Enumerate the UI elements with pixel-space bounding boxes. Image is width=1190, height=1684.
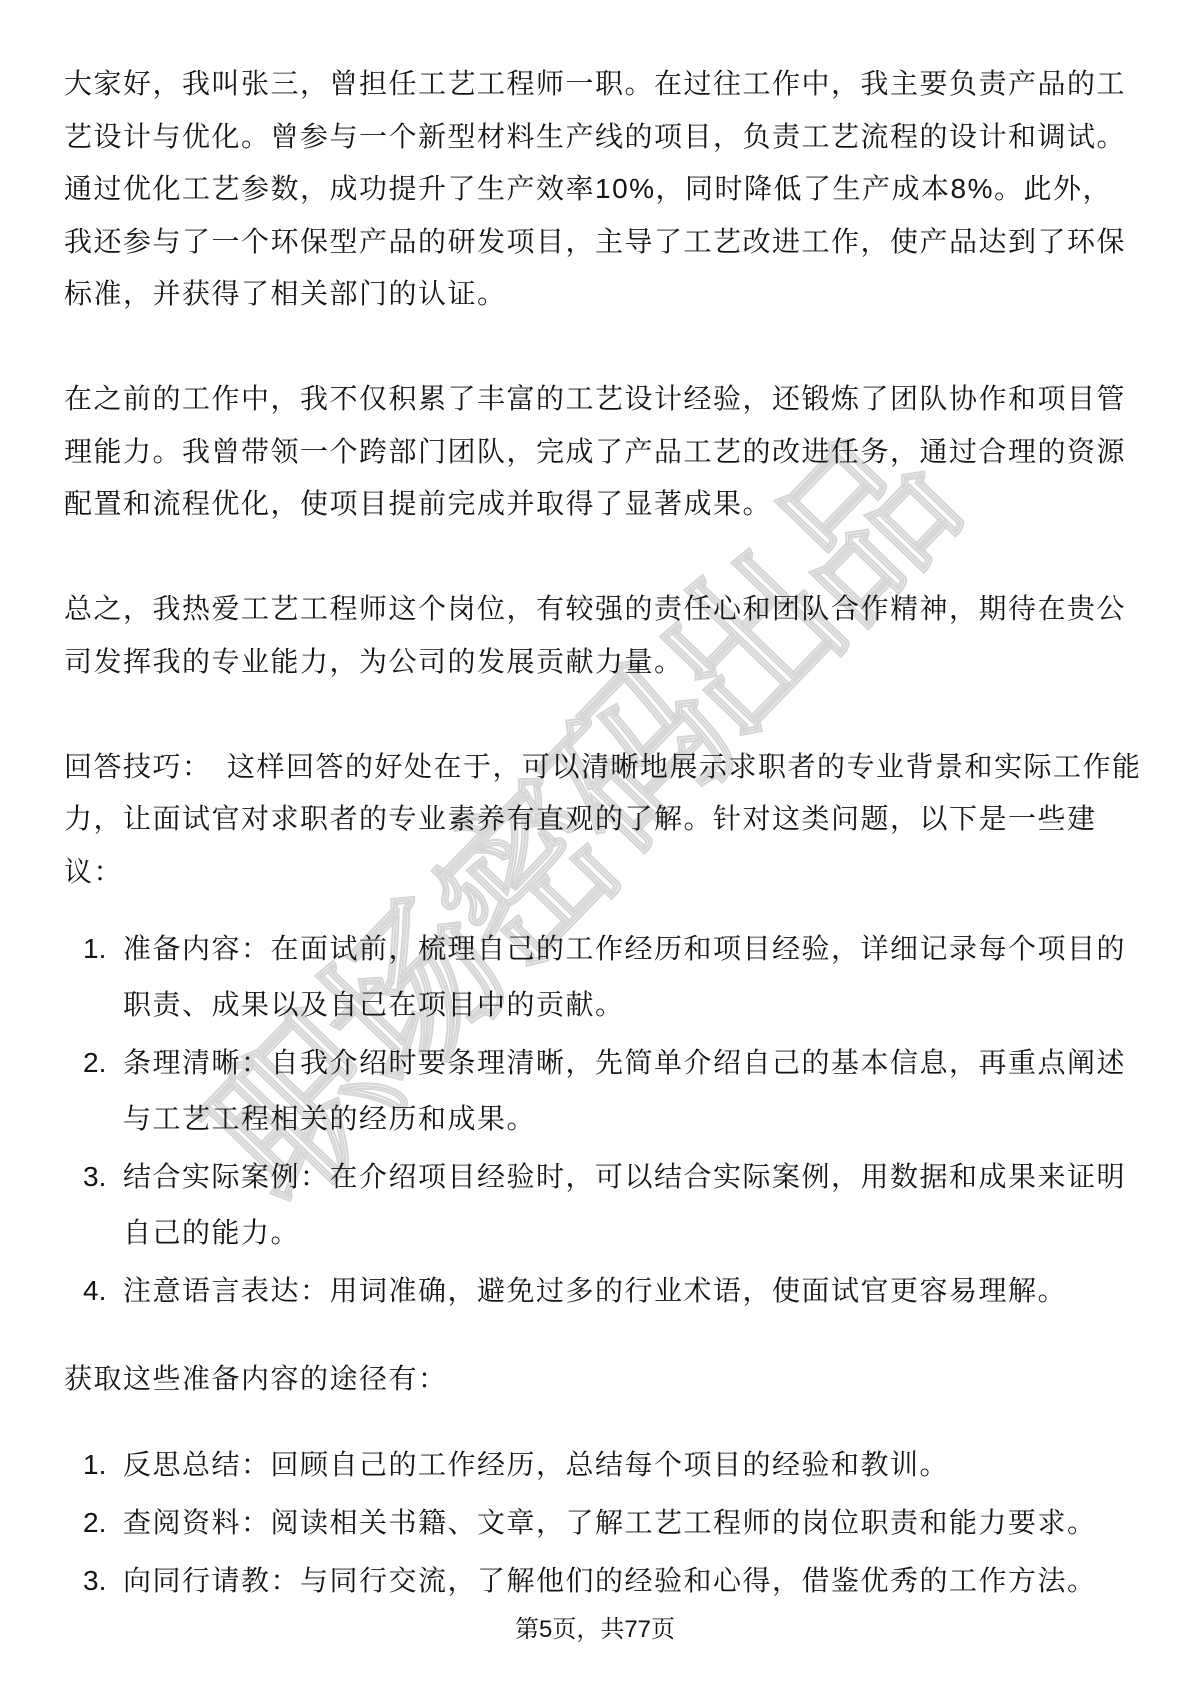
text-line: 职责、成果以及自己在项目中的贡献。 (123, 977, 1134, 1033)
list-item: 1.准备内容：在面试前，梳理自己的工作经历和项目经验，详细记录每个项目的职责、成… (64, 921, 1134, 1033)
paragraph: 获取这些准备内容的途径有： (64, 1353, 1134, 1406)
paragraph: 大家好，我叫张三，曾担任工艺工程师一职。在过往工作中，我主要负责产品的工艺设计与… (64, 58, 1134, 321)
list-item-number: 1. (83, 921, 106, 977)
text-line: 议： (64, 846, 1134, 899)
text-line: 总之，我热爱工艺工程师这个岗位，有较强的责任心和团队合作精神，期待在贵公 (64, 583, 1134, 636)
text-line: 标准，并获得了相关部门的认证。 (64, 268, 1134, 321)
text-line: 配置和流程优化，使项目提前完成并取得了显著成果。 (64, 478, 1134, 531)
text-line: 通过优化工艺参数，成功提升了生产效率10%，同时降低了生产成本8%。此外， (64, 163, 1134, 216)
text-line: 在之前的工作中，我不仅积累了丰富的工艺设计经验，还锻炼了团队协作和项目管 (64, 373, 1134, 426)
text-line: 反思总结：回顾自己的工作经历，总结每个项目的经验和教训。 (123, 1437, 1134, 1493)
text-line: 查阅资料：阅读相关书籍、文章，了解工艺工程师的岗位职责和能力要求。 (123, 1495, 1134, 1551)
list-item-number: 1. (83, 1437, 106, 1493)
text-line: 大家好，我叫张三，曾担任工艺工程师一职。在过往工作中，我主要负责产品的工 (64, 58, 1134, 111)
text-line: 力，让面试官对求职者的专业素养有直观的了解。针对这类问题，以下是一些建 (64, 793, 1134, 846)
text-line: 获取这些准备内容的途径有： (64, 1353, 1134, 1406)
list-item-number: 4. (83, 1263, 106, 1319)
text-line: 与工艺工程相关的经历和成果。 (123, 1091, 1134, 1147)
text-line: 自己的能力。 (123, 1205, 1134, 1261)
paragraph: 总之，我热爱工艺工程师这个岗位，有较强的责任心和团队合作精神，期待在贵公司发挥我… (64, 583, 1134, 688)
list-item: 1.反思总结：回顾自己的工作经历，总结每个项目的经验和教训。 (64, 1437, 1134, 1493)
text-line: 结合实际案例：在介绍项目经验时，可以结合实际案例，用数据和成果来证明 (123, 1149, 1134, 1205)
list-item-number: 3. (83, 1149, 106, 1205)
ordered-list: 1.准备内容：在面试前，梳理自己的工作经历和项目经验，详细记录每个项目的职责、成… (64, 921, 1134, 1319)
text-line: 条理清晰：自我介绍时要条理清晰，先简单介绍自己的基本信息，再重点阐述 (123, 1035, 1134, 1091)
list-item: 3.向同行请教：与同行交流，了解他们的经验和心得，借鉴优秀的工作方法。 (64, 1553, 1134, 1609)
list-item: 2.条理清晰：自我介绍时要条理清晰，先简单介绍自己的基本信息，再重点阐述与工艺工… (64, 1035, 1134, 1147)
page-footer: 第5页，共77页 (0, 1612, 1190, 1648)
list-item-number: 3. (83, 1553, 106, 1609)
text-line: 向同行请教：与同行交流，了解他们的经验和心得，借鉴优秀的工作方法。 (123, 1553, 1134, 1609)
paragraph: 在之前的工作中，我不仅积累了丰富的工艺设计经验，还锻炼了团队协作和项目管理能力。… (64, 373, 1134, 531)
text-line: 准备内容：在面试前，梳理自己的工作经历和项目经验，详细记录每个项目的 (123, 921, 1134, 977)
text-line: 我还参与了一个环保型产品的研发项目，主导了工艺改进工作，使产品达到了环保 (64, 216, 1134, 269)
ordered-list: 1.反思总结：回顾自己的工作经历，总结每个项目的经验和教训。2.查阅资料：阅读相… (64, 1437, 1134, 1609)
text-line: 回答技巧： 这样回答的好处在于，可以清晰地展示求职者的专业背景和实际工作能 (64, 741, 1134, 794)
paragraph: 回答技巧： 这样回答的好处在于，可以清晰地展示求职者的专业背景和实际工作能力，让… (64, 741, 1134, 899)
text-line: 注意语言表达：用词准确，避免过多的行业术语，使面试官更容易理解。 (123, 1263, 1134, 1319)
document-page: 职场密码出品 大家好，我叫张三，曾担任工艺工程师一职。在过往工作中，我主要负责产… (0, 0, 1190, 1684)
text-line: 司发挥我的专业能力，为公司的发展贡献力量。 (64, 636, 1134, 689)
text-line: 理能力。我曾带领一个跨部门团队，完成了产品工艺的改进任务，通过合理的资源 (64, 426, 1134, 479)
page-number-indicator: 第5页，共77页 (515, 1616, 675, 1643)
list-item: 3.结合实际案例：在介绍项目经验时，可以结合实际案例，用数据和成果来证明自己的能… (64, 1149, 1134, 1261)
list-item: 4.注意语言表达：用词准确，避免过多的行业术语，使面试官更容易理解。 (64, 1263, 1134, 1319)
document-body: 大家好，我叫张三，曾担任工艺工程师一职。在过往工作中，我主要负责产品的工艺设计与… (64, 58, 1134, 1611)
list-item-number: 2. (83, 1035, 106, 1091)
list-item: 2.查阅资料：阅读相关书籍、文章，了解工艺工程师的岗位职责和能力要求。 (64, 1495, 1134, 1551)
text-line: 艺设计与优化。曾参与一个新型材料生产线的项目，负责工艺流程的设计和调试。 (64, 111, 1134, 164)
list-item-number: 2. (83, 1495, 106, 1551)
